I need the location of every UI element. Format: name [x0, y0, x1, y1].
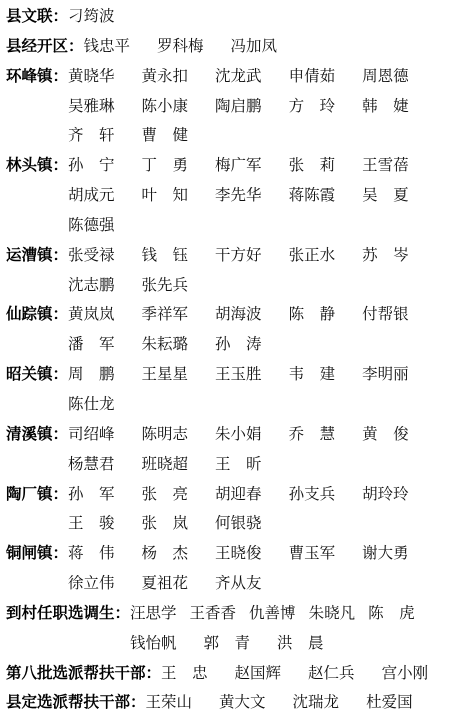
- name-row: 运漕镇：沈志鹏张先兵: [6, 271, 453, 301]
- roster-section: 清溪镇：司绍峰陈明志朱小娟乔 慧黄 俊清溪镇：杨慧君班晓超王 昕: [6, 420, 453, 480]
- person-name: 陈仕龙: [68, 390, 115, 420]
- person-name: 张 亮: [142, 480, 189, 510]
- name-row: 环峰镇：黄晓华黄永扣沈龙武申倩茹周恩德: [6, 62, 453, 92]
- person-name: 汪思学: [130, 599, 177, 629]
- person-name: 孙 军: [68, 480, 115, 510]
- person-name: 王雪蓓: [362, 151, 409, 181]
- names-line: 刁筠波: [68, 2, 453, 32]
- names-line: 汪思学王香香仇善博朱晓凡陈 虎: [130, 599, 453, 629]
- person-name: 钱怡帆: [130, 629, 177, 659]
- person-name: 王星星: [142, 360, 189, 390]
- person-name: 张受禄: [68, 241, 115, 271]
- person-name: 赵国辉: [235, 659, 282, 689]
- name-row: 林头镇：孙 宁丁 勇梅广军张 莉王雪蓓: [6, 151, 453, 181]
- roster-document: 县文联：刁筠波县经开区：钱忠平罗科梅冯加凤环峰镇：黄晓华黄永扣沈龙武申倩茹周恩德…: [0, 0, 461, 718]
- section-label: 县定选派帮扶干部：: [6, 688, 146, 718]
- names-line: 徐立伟夏祖花齐从友: [68, 569, 453, 599]
- name-row: 仙踪镇：黄岚岚季祥军胡海波陈 静付帮银: [6, 300, 453, 330]
- person-name: 杜爱国: [366, 688, 413, 718]
- person-name: 黄晓华: [68, 62, 115, 92]
- person-name: 刁筠波: [68, 2, 115, 32]
- person-name: 陈 静: [289, 300, 336, 330]
- person-name: 干方好: [215, 241, 262, 271]
- name-row: 陶厂镇：王 骏张 岚何银骁: [6, 509, 453, 539]
- person-name: 仇善博: [249, 599, 296, 629]
- name-row: 清溪镇：杨慧君班晓超王 昕: [6, 450, 453, 480]
- person-name: 吴 夏: [362, 181, 409, 211]
- names-line: 张受禄钱 钰干方好张正水苏 岑: [68, 241, 453, 271]
- section-label: 县文联：: [6, 2, 68, 32]
- person-name: 付帮银: [362, 300, 409, 330]
- person-name: 王晓俊: [215, 539, 262, 569]
- person-name: 孙 宁: [68, 151, 115, 181]
- person-name: 梅广军: [215, 151, 262, 181]
- person-name: 周恩德: [362, 62, 409, 92]
- section-label: 运漕镇：: [6, 241, 68, 271]
- name-row: 环峰镇：吴雅琳陈小康陶启鹏方 玲韩 婕: [6, 92, 453, 122]
- person-name: 司绍峰: [68, 420, 115, 450]
- names-line: 黄岚岚季祥军胡海波陈 静付帮银: [68, 300, 453, 330]
- section-label: 林头镇：: [6, 151, 68, 181]
- person-name: 朱耘璐: [142, 330, 189, 360]
- person-name: 郭 青: [204, 629, 251, 659]
- name-row: 林头镇：胡成元叶 知李先华蒋陈霞吴 夏: [6, 181, 453, 211]
- name-row: 环峰镇：齐 轩曹 健: [6, 121, 453, 151]
- name-row: 陶厂镇：孙 军张 亮胡迎春孙支兵胡玲玲: [6, 480, 453, 510]
- person-name: 李先华: [215, 181, 262, 211]
- person-name: 胡海波: [215, 300, 262, 330]
- section-label: 环峰镇：: [6, 62, 68, 92]
- roster-section: 环峰镇：黄晓华黄永扣沈龙武申倩茹周恩德环峰镇：吴雅琳陈小康陶启鹏方 玲韩 婕环峰…: [6, 62, 453, 152]
- roster-section: 到村任职选调生：汪思学王香香仇善博朱晓凡陈 虎到村任职选调生：钱怡帆郭 青洪 晨: [6, 599, 453, 659]
- person-name: 杨 杰: [142, 539, 189, 569]
- section-label: 县经开区：: [6, 32, 84, 62]
- person-name: 杨慧君: [68, 450, 115, 480]
- person-name: 蒋陈霞: [289, 181, 336, 211]
- person-name: 王 骏: [68, 509, 115, 539]
- names-line: 胡成元叶 知李先华蒋陈霞吴 夏: [68, 181, 453, 211]
- person-name: 钱忠平: [84, 32, 131, 62]
- section-label: 到村任职选调生：: [6, 599, 130, 629]
- names-line: 钱怡帆郭 青洪 晨: [130, 629, 453, 659]
- person-name: 罗科梅: [157, 32, 204, 62]
- name-row: 林头镇：陈德强: [6, 211, 453, 241]
- names-line: 周 鹏王星星王玉胜韦 建李明丽: [68, 360, 453, 390]
- person-name: 周 鹏: [68, 360, 115, 390]
- person-name: 冯加凤: [231, 32, 278, 62]
- name-row: 第八批选派帮扶干部：王 忠赵国辉赵仁兵宫小刚: [6, 659, 453, 689]
- person-name: 韩 婕: [362, 92, 409, 122]
- person-name: 洪 晨: [277, 629, 324, 659]
- person-name: 张正水: [289, 241, 336, 271]
- person-name: 何银骁: [215, 509, 262, 539]
- section-label: 第八批选派帮扶干部：: [6, 659, 161, 689]
- roster-section: 第八批选派帮扶干部：王 忠赵国辉赵仁兵宫小刚: [6, 659, 453, 689]
- names-line: 陈德强: [68, 211, 453, 241]
- person-name: 胡成元: [68, 181, 115, 211]
- person-name: 沈龙武: [215, 62, 262, 92]
- person-name: 班晓超: [142, 450, 189, 480]
- person-name: 钱 钰: [142, 241, 189, 271]
- section-label: 陶厂镇：: [6, 480, 68, 510]
- person-name: 齐 轩: [68, 121, 115, 151]
- person-name: 黄 俊: [362, 420, 409, 450]
- person-name: 陶启鹏: [215, 92, 262, 122]
- person-name: 胡迎春: [215, 480, 262, 510]
- roster-section: 仙踪镇：黄岚岚季祥军胡海波陈 静付帮银仙踪镇：潘 军朱耘璐孙 涛: [6, 300, 453, 360]
- person-name: 沈瑞龙: [293, 688, 340, 718]
- person-name: 谢大勇: [362, 539, 409, 569]
- name-row: 昭关镇：周 鹏王星星王玉胜韦 建李明丽: [6, 360, 453, 390]
- roster-section: 昭关镇：周 鹏王星星王玉胜韦 建李明丽昭关镇：陈仕龙: [6, 360, 453, 420]
- person-name: 齐从友: [215, 569, 262, 599]
- names-line: 吴雅琳陈小康陶启鹏方 玲韩 婕: [68, 92, 453, 122]
- person-name: 丁 勇: [142, 151, 189, 181]
- person-name: 潘 军: [68, 330, 115, 360]
- names-line: 沈志鹏张先兵: [68, 271, 453, 301]
- names-line: 王荣山黄大文沈瑞龙杜爱国: [146, 688, 453, 718]
- roster-section: 县文联：刁筠波: [6, 2, 453, 32]
- person-name: 朱小娟: [215, 420, 262, 450]
- names-line: 王 骏张 岚何银骁: [68, 509, 453, 539]
- person-name: 胡玲玲: [362, 480, 409, 510]
- person-name: 张 岚: [142, 509, 189, 539]
- person-name: 黄大文: [219, 688, 266, 718]
- person-name: 曹玉军: [289, 539, 336, 569]
- names-line: 黄晓华黄永扣沈龙武申倩茹周恩德: [68, 62, 453, 92]
- names-line: 司绍峰陈明志朱小娟乔 慧黄 俊: [68, 420, 453, 450]
- person-name: 陈德强: [68, 211, 115, 241]
- person-name: 乔 慧: [289, 420, 336, 450]
- person-name: 王荣山: [146, 688, 193, 718]
- name-row: 县经开区：钱忠平罗科梅冯加凤: [6, 32, 453, 62]
- roster-section: 铜闸镇：蒋 伟杨 杰王晓俊曹玉军谢大勇铜闸镇：徐立伟夏祖花齐从友: [6, 539, 453, 599]
- names-line: 杨慧君班晓超王 昕: [68, 450, 453, 480]
- section-label: 昭关镇：: [6, 360, 68, 390]
- name-row: 铜闸镇：蒋 伟杨 杰王晓俊曹玉军谢大勇: [6, 539, 453, 569]
- person-name: 徐立伟: [68, 569, 115, 599]
- roster-section: 陶厂镇：孙 军张 亮胡迎春孙支兵胡玲玲陶厂镇：王 骏张 岚何银骁: [6, 480, 453, 540]
- person-name: 张先兵: [142, 271, 189, 301]
- person-name: 申倩茹: [289, 62, 336, 92]
- names-line: 孙 军张 亮胡迎春孙支兵胡玲玲: [68, 480, 453, 510]
- person-name: 苏 岑: [362, 241, 409, 271]
- names-line: 潘 军朱耘璐孙 涛: [68, 330, 453, 360]
- person-name: 韦 建: [289, 360, 336, 390]
- section-label: 仙踪镇：: [6, 300, 68, 330]
- person-name: 方 玲: [289, 92, 336, 122]
- person-name: 王 忠: [161, 659, 208, 689]
- person-name: 宫小刚: [382, 659, 429, 689]
- name-row: 昭关镇：陈仕龙: [6, 390, 453, 420]
- person-name: 沈志鹏: [68, 271, 115, 301]
- person-name: 孙支兵: [289, 480, 336, 510]
- person-name: 吴雅琳: [68, 92, 115, 122]
- person-name: 夏祖花: [142, 569, 189, 599]
- name-row: 清溪镇：司绍峰陈明志朱小娟乔 慧黄 俊: [6, 420, 453, 450]
- person-name: 蒋 伟: [68, 539, 115, 569]
- person-name: 陈 虎: [368, 599, 415, 629]
- roster-section: 县定选派帮扶干部：王荣山黄大文沈瑞龙杜爱国: [6, 688, 453, 718]
- person-name: 孙 涛: [215, 330, 262, 360]
- person-name: 叶 知: [142, 181, 189, 211]
- person-name: 王玉胜: [215, 360, 262, 390]
- person-name: 黄永扣: [142, 62, 189, 92]
- person-name: 朱晓凡: [309, 599, 356, 629]
- person-name: 赵仁兵: [308, 659, 355, 689]
- person-name: 季祥军: [142, 300, 189, 330]
- names-line: 孙 宁丁 勇梅广军张 莉王雪蓓: [68, 151, 453, 181]
- name-row: 县定选派帮扶干部：王荣山黄大文沈瑞龙杜爱国: [6, 688, 453, 718]
- name-row: 铜闸镇：徐立伟夏祖花齐从友: [6, 569, 453, 599]
- names-line: 钱忠平罗科梅冯加凤: [84, 32, 453, 62]
- person-name: 陈明志: [142, 420, 189, 450]
- roster-section: 县经开区：钱忠平罗科梅冯加凤: [6, 32, 453, 62]
- person-name: 王 昕: [215, 450, 262, 480]
- names-line: 陈仕龙: [68, 390, 453, 420]
- names-line: 蒋 伟杨 杰王晓俊曹玉军谢大勇: [68, 539, 453, 569]
- name-row: 运漕镇：张受禄钱 钰干方好张正水苏 岑: [6, 241, 453, 271]
- section-label: 铜闸镇：: [6, 539, 68, 569]
- person-name: 李明丽: [362, 360, 409, 390]
- roster-section: 运漕镇：张受禄钱 钰干方好张正水苏 岑运漕镇：沈志鹏张先兵: [6, 241, 453, 301]
- name-row: 到村任职选调生：汪思学王香香仇善博朱晓凡陈 虎: [6, 599, 453, 629]
- person-name: 王香香: [190, 599, 237, 629]
- names-line: 齐 轩曹 健: [68, 121, 453, 151]
- name-row: 到村任职选调生：钱怡帆郭 青洪 晨: [6, 629, 453, 659]
- roster-section: 林头镇：孙 宁丁 勇梅广军张 莉王雪蓓林头镇：胡成元叶 知李先华蒋陈霞吴 夏林头…: [6, 151, 453, 241]
- person-name: 黄岚岚: [68, 300, 115, 330]
- person-name: 张 莉: [289, 151, 336, 181]
- section-label: 清溪镇：: [6, 420, 68, 450]
- names-line: 王 忠赵国辉赵仁兵宫小刚: [161, 659, 453, 689]
- person-name: 曹 健: [142, 121, 189, 151]
- name-row: 仙踪镇：潘 军朱耘璐孙 涛: [6, 330, 453, 360]
- person-name: 陈小康: [142, 92, 189, 122]
- name-row: 县文联：刁筠波: [6, 2, 453, 32]
